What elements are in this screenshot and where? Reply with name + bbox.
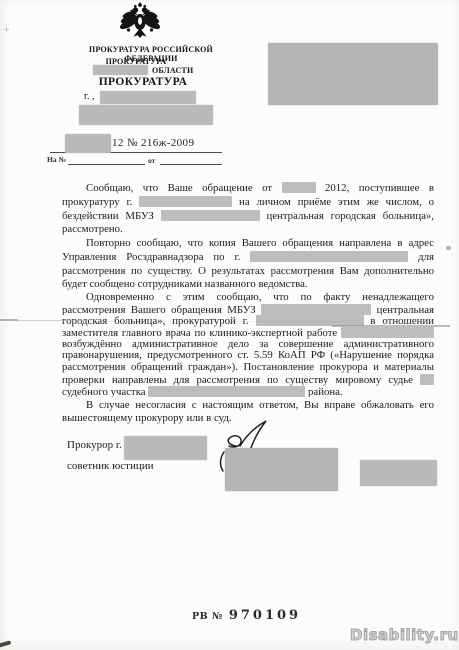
redaction-box — [100, 91, 196, 104]
body-line: возбуждённо административное дело за сов… — [62, 339, 434, 351]
redaction-inline — [161, 210, 260, 221]
body-paragraph-1: Сообщаю, что Ваше обращение от 2012, пос… — [62, 182, 434, 237]
form-number: РВ № 970109 — [192, 608, 301, 623]
redaction-inline — [148, 386, 305, 397]
body-line: Одновременно с этим сообщаю, что по факт… — [62, 292, 434, 304]
body-line: В случае несогласия с настоящим ответом,… — [62, 399, 434, 412]
scanned-letter-page: ПРОКУРАТУРА РОССИЙСКОЙ ФЕДЕРАЦИИ ПРОКУРА… — [0, 0, 459, 650]
form-number-prefix: РВ № — [192, 611, 223, 622]
body-paragraph-2: Повторно сообщаю, что копия Вашего обращ… — [62, 237, 434, 292]
scan-crease-mark — [16, 320, 88, 321]
redaction-inline — [420, 374, 434, 385]
body-line: рассмотрения обращений граждан»). Постан… — [62, 362, 434, 374]
ot-underline — [160, 164, 222, 165]
scan-crease-mark — [332, 325, 450, 327]
body-line: Повторно сообщаю, что копия Вашего обращ… — [62, 237, 434, 251]
ot-label: от — [148, 156, 155, 165]
letterhead-city-prefix: г. , — [84, 91, 94, 102]
redaction-box — [79, 105, 213, 125]
redaction-box-signer-city — [124, 436, 207, 460]
scan-speck — [6, 27, 7, 32]
signer-role-line1: Прокурор г. — [67, 439, 122, 451]
body-line: Управления Росздравнадзора по г. для — [62, 251, 434, 265]
body-line: правонарушения, предусмотренного ст. 5.5… — [62, 350, 434, 362]
redaction-box-signer-name — [360, 460, 437, 486]
body-line: судебного участка района. — [62, 386, 434, 398]
na-no-underline — [68, 164, 145, 165]
letterhead-region-suffix: ОБЛАСТИ — [152, 66, 193, 75]
scan-corner-mark — [0, 640, 11, 647]
signer-role-line2: советник юстиции — [67, 460, 154, 472]
redaction-inline — [261, 304, 371, 315]
body-paragraph-3: Одновременно с этим сообщаю, что по факт… — [62, 292, 434, 397]
reference-number: 12 № 216ж-2009 — [112, 137, 194, 149]
redaction-inline — [139, 196, 232, 207]
double-headed-eagle-emblem — [120, 2, 160, 38]
body-line: будет сообщено сотрудниками названного в… — [62, 278, 434, 292]
body-line: проверки направлены для рассмотрения по … — [62, 374, 434, 386]
redaction-inline — [250, 251, 408, 262]
na-no-label: На № — [47, 155, 66, 164]
redaction-box-date — [65, 134, 111, 153]
redaction-inline — [282, 182, 316, 193]
body-line: рассмотрения по существу. О результатах … — [62, 265, 434, 279]
redaction-box-address — [268, 43, 438, 105]
body-line: рассмотрено. — [62, 223, 434, 237]
body-line: заместителя главного врача по клинико-эк… — [62, 327, 434, 339]
body-line: рассмотрения Вашего обращения МБУЗ центр… — [62, 304, 434, 316]
redaction-box-signature — [225, 448, 338, 491]
site-watermark: Disability.ru — [350, 626, 459, 644]
scan-speck — [446, 246, 451, 250]
redaction-box — [93, 65, 148, 75]
form-number-digits: 970109 — [229, 608, 301, 623]
body-line: бездействии МБУЗ центральная городская б… — [62, 210, 434, 224]
scan-crease-mark — [86, 321, 346, 322]
body-line: прокуратуру г. на личном приёме этим же … — [62, 196, 434, 210]
body-line: Сообщаю, что Ваше обращение от 2012, пос… — [62, 182, 434, 196]
letterhead-office-name: ПРОКУРАТУРА — [68, 76, 218, 88]
redaction-inline — [341, 327, 434, 338]
